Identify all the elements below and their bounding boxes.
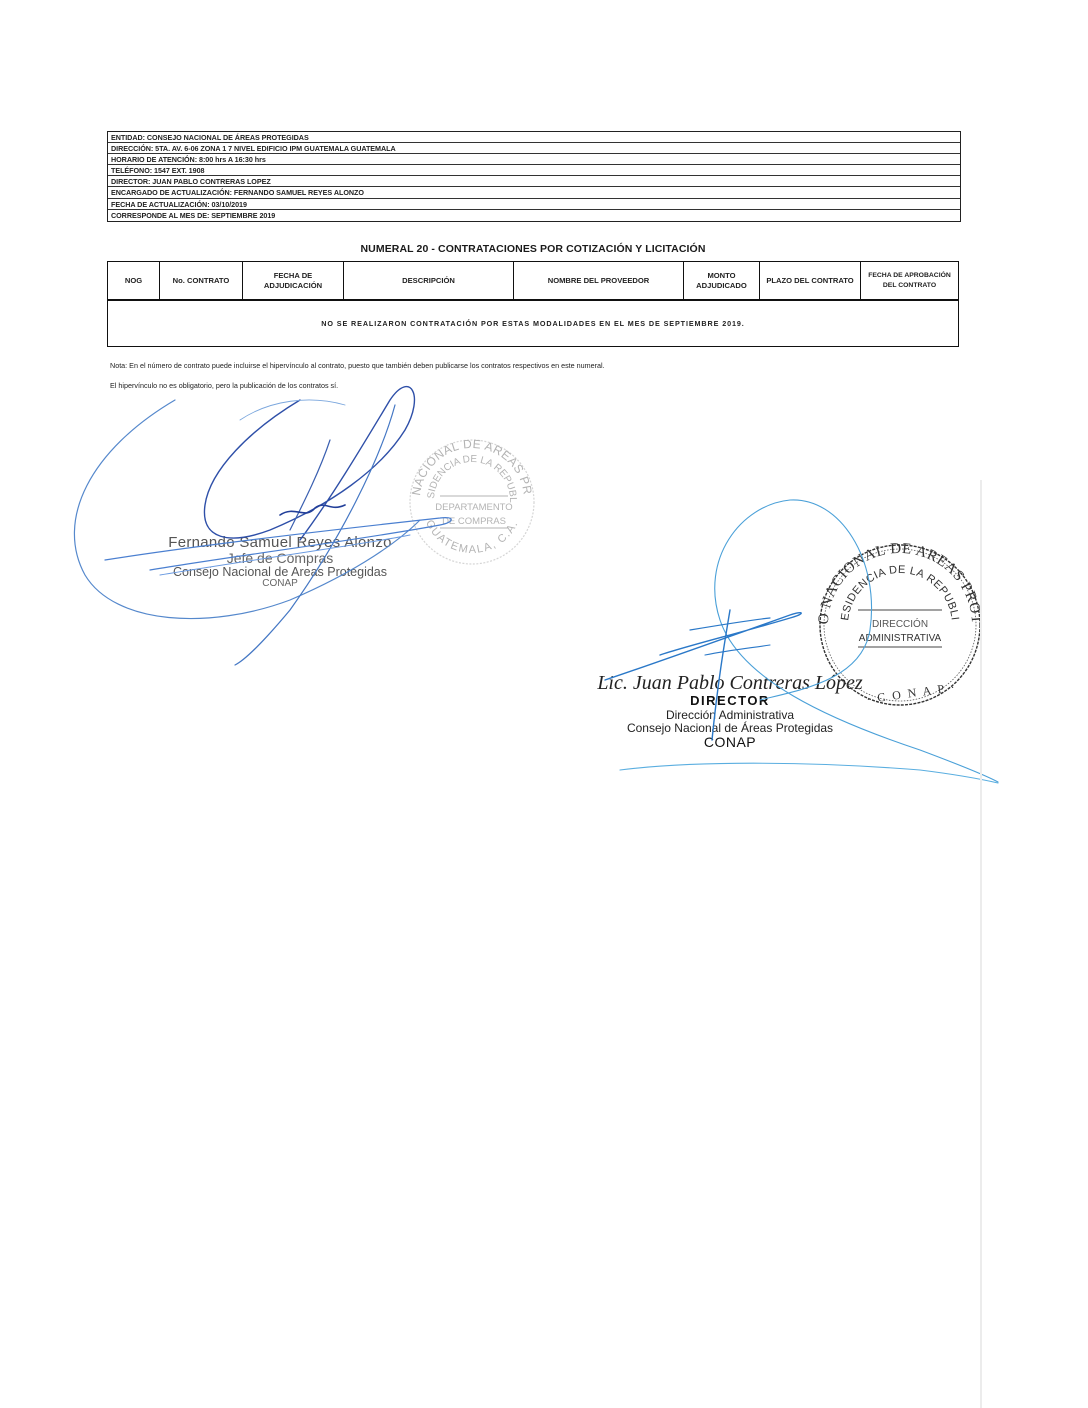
stamp-left-center-1: DEPARTAMENTO bbox=[435, 502, 512, 513]
stamp-left-center-2: DE COMPRAS bbox=[442, 516, 506, 527]
signer-org-left: Consejo Nacional de Areas Protegidas bbox=[150, 565, 410, 579]
info-entity: ENTIDAD: CONSEJO NACIONAL DE ÁREAS PROTE… bbox=[108, 132, 960, 143]
signer-abbr-right: CONAP bbox=[595, 735, 865, 750]
info-update-manager: ENCARGADO DE ACTUALIZACIÓN: FERNANDO SAM… bbox=[108, 187, 960, 198]
signature-block-left: Fernando Samuel Reyes Alonzo Jefe de Com… bbox=[150, 534, 410, 589]
info-address: DIRECCIÓN: 5TA. AV. 6-06 ZONA 1 7 NIVEL … bbox=[108, 143, 960, 154]
col-nog: NOG bbox=[108, 262, 160, 299]
info-phone: TELÉFONO: 1547 EXT. 1908 bbox=[108, 165, 960, 176]
info-director: DIRECTOR: JUAN PABLO CONTRERAS LOPEZ bbox=[108, 176, 960, 187]
signer-role-left: Jefe de Compras bbox=[150, 551, 410, 565]
stamp-right-center-1: DIRECCIÓN bbox=[872, 617, 928, 630]
stamp-right: CONSEJO NACIONAL DE AREAS PROTEGIDAS PRE… bbox=[0, 0, 984, 706]
col-provider-name: NOMBRE DEL PROVEEDOR bbox=[514, 262, 684, 299]
signer-abbr-left: CONAP bbox=[150, 579, 410, 589]
table-header-row: NOG No. CONTRATO FECHA DE ADJUDICACIÓN D… bbox=[108, 262, 958, 301]
signer-name-left: Fernando Samuel Reyes Alonzo bbox=[150, 534, 410, 551]
info-hours: HORARIO DE ATENCIÓN: 8:00 hrs A 16:30 hr… bbox=[108, 154, 960, 165]
note-line-1: Nota: En el número de contrato puede inc… bbox=[110, 361, 605, 370]
signer-dept-right: Dirección Administrativa bbox=[595, 708, 865, 722]
col-approval-date: FECHA DE APROBACIÓN DEL CONTRATO bbox=[861, 262, 958, 299]
note-line-2: El hipervínculo no es obligatorio, pero … bbox=[110, 381, 338, 390]
section-title: NUMERAL 20 - CONTRATACIONES POR COTIZACI… bbox=[107, 243, 959, 255]
col-award-date: FECHA DE ADJUDICACIÓN bbox=[243, 262, 344, 299]
col-term: PLAZO DEL CONTRATO bbox=[760, 262, 861, 299]
svg-text:GUATEMALA, C.A.: GUATEMALA, C.A. bbox=[423, 518, 521, 556]
signature-block-right: Lic. Juan Pablo Contreras López DIRECTOR… bbox=[595, 672, 865, 750]
stamp-left-bottom-text: GUATEMALA, C.A. bbox=[423, 518, 521, 556]
stamp-right-center-2: ADMINISTRATIVA bbox=[859, 633, 942, 644]
signer-name-right: Lic. Juan Pablo Contreras López bbox=[595, 672, 865, 694]
signature-strokes-left bbox=[74, 387, 451, 665]
col-contract-no: No. CONTRATO bbox=[160, 262, 243, 299]
entity-info-table: ENTIDAD: CONSEJO NACIONAL DE ÁREAS PROTE… bbox=[107, 131, 961, 222]
contracts-table: NOG No. CONTRATO FECHA DE ADJUDICACIÓN D… bbox=[107, 261, 959, 347]
empty-table-message: NO SE REALIZARON CONTRATACIÓN POR ESTAS … bbox=[108, 301, 958, 346]
col-description: DESCRIPCIÓN bbox=[344, 262, 514, 299]
col-amount: MONTO ADJUDICADO bbox=[684, 262, 760, 299]
scan-edge-line bbox=[980, 480, 982, 1408]
signer-title-right: DIRECTOR bbox=[595, 694, 865, 708]
info-update-date: FECHA DE ACTUALIZACIÓN: 03/10/2019 bbox=[108, 199, 960, 210]
info-month: CORRESPONDE AL MES DE: SEPTIEMBRE 2019 bbox=[108, 210, 960, 221]
stamp-right-bottom-text: · C O N A P · bbox=[865, 680, 957, 707]
